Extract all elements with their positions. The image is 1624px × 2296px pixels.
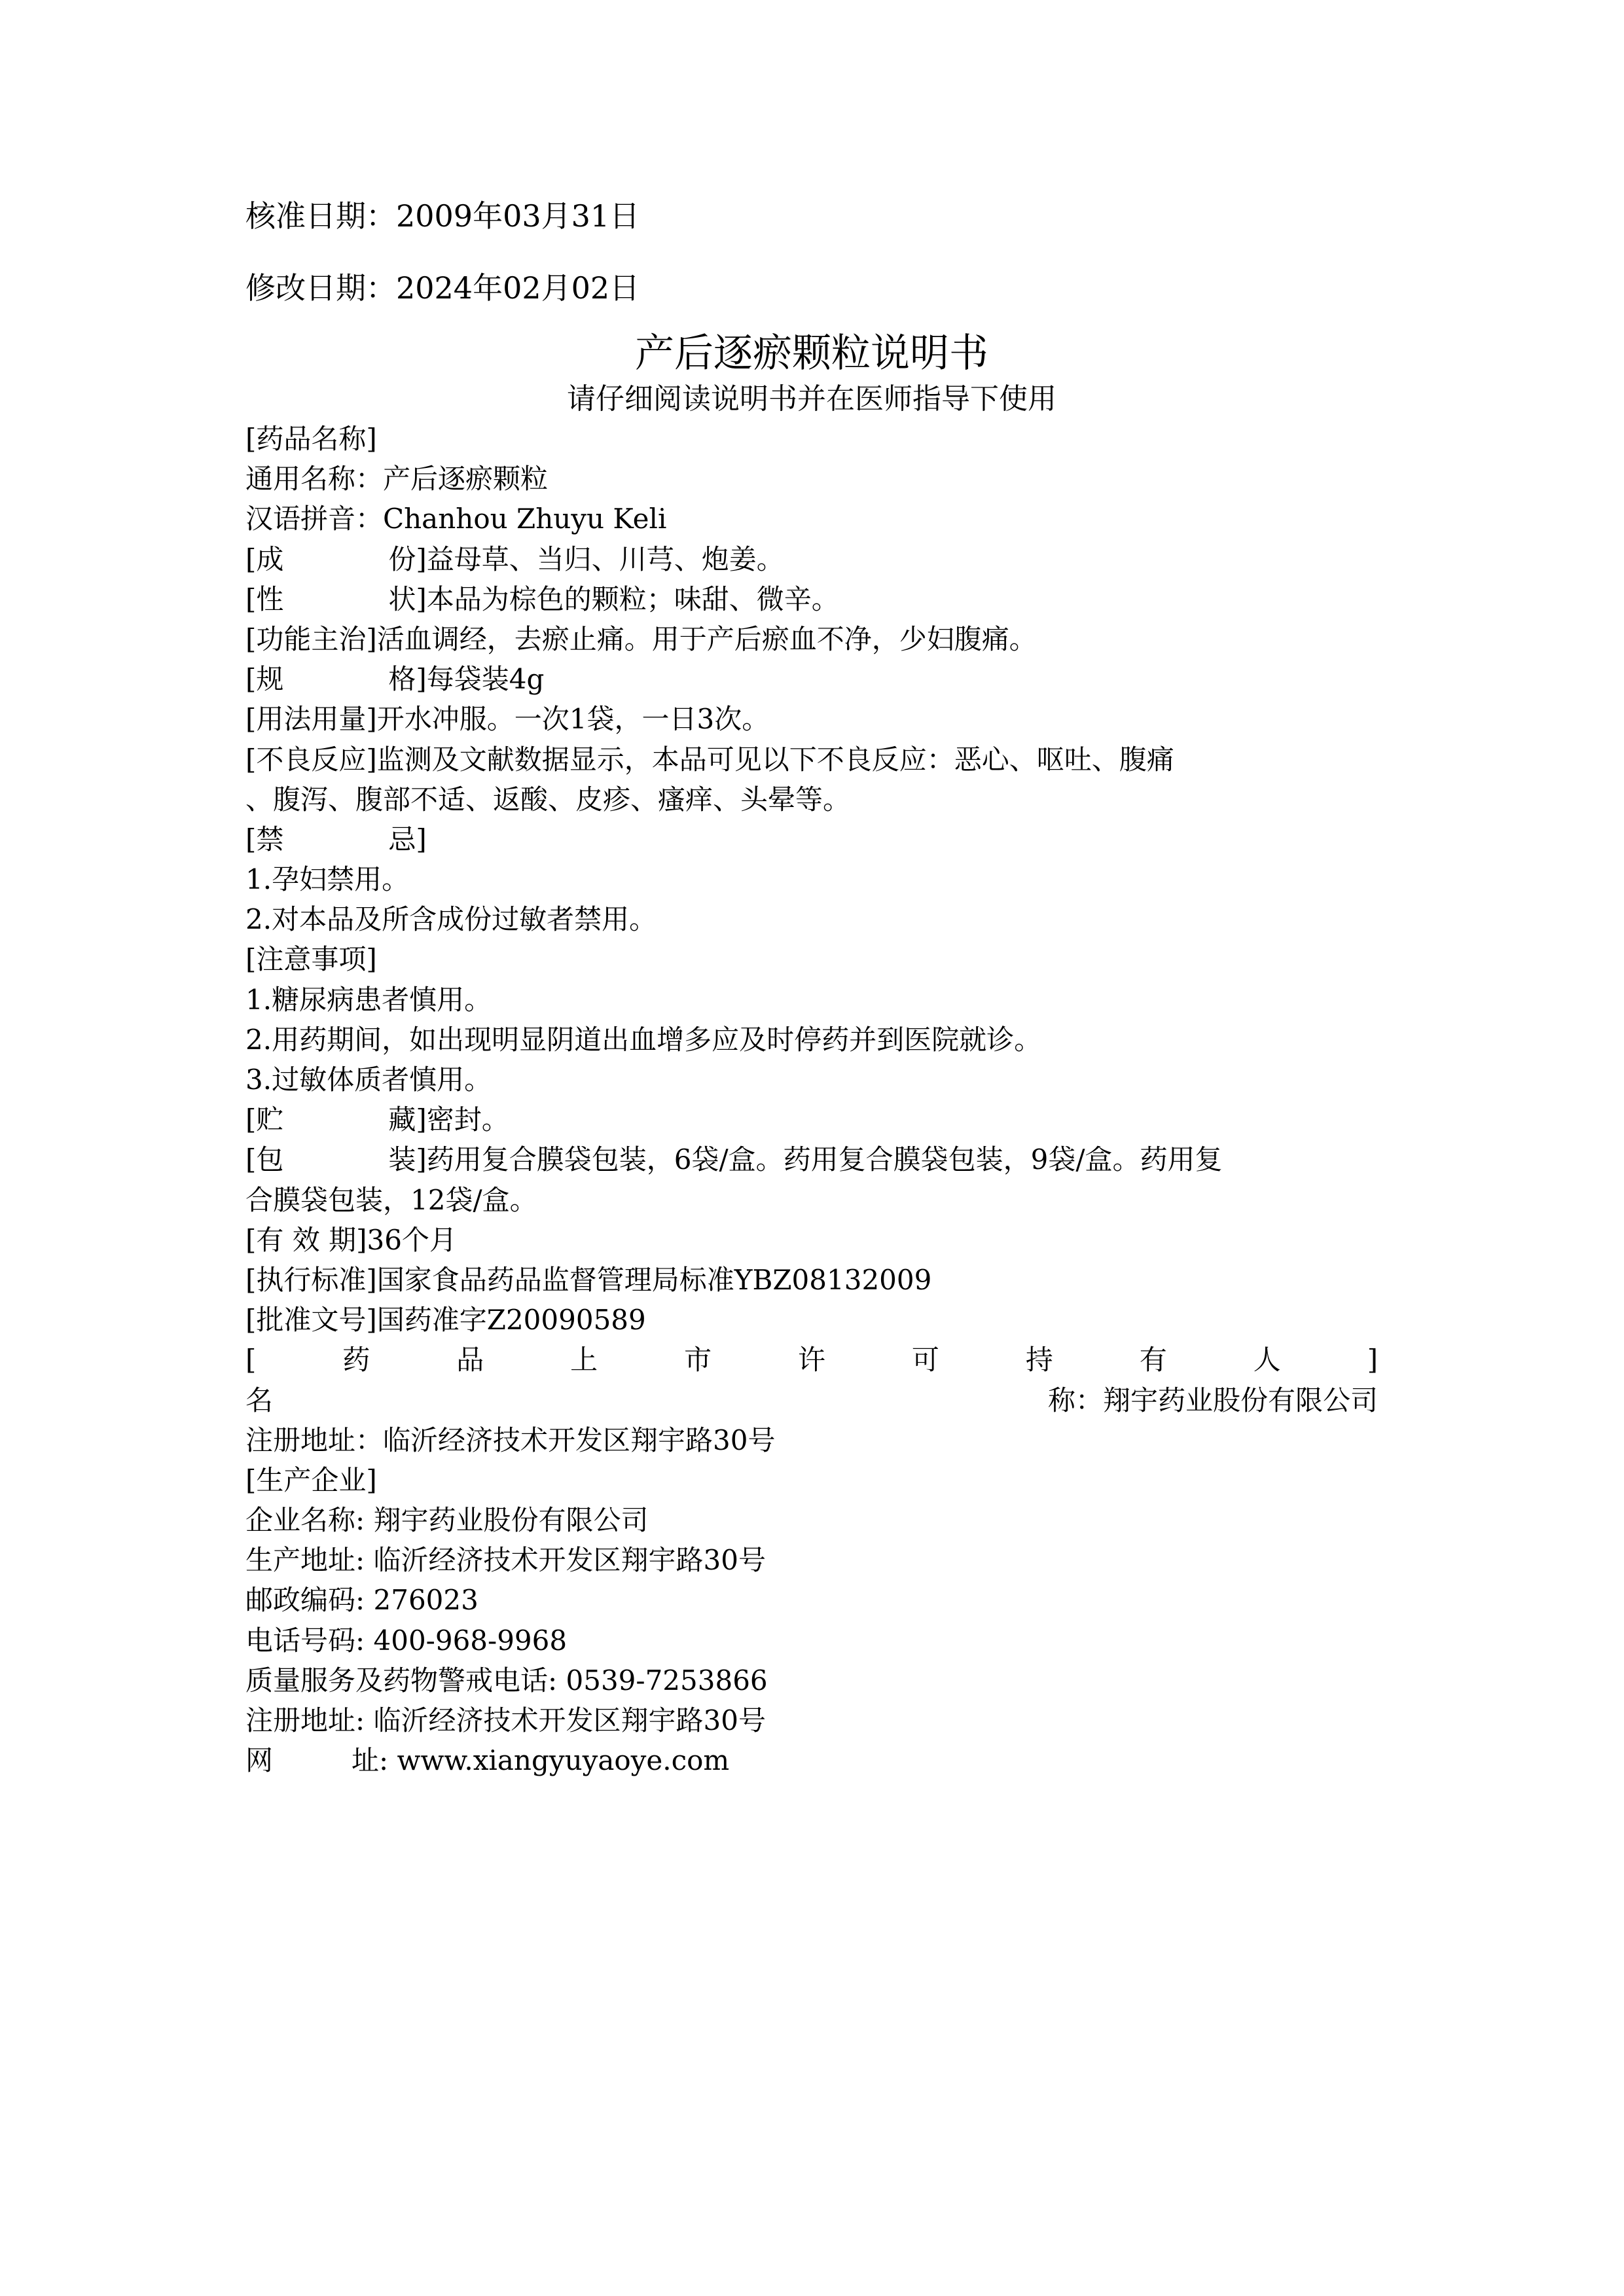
storage-label-close: 藏]	[388, 1103, 426, 1136]
mah-heading-char: 上	[570, 1340, 598, 1380]
mah-reg-address: 注册地址：临沂经济技术开发区翔宇路30号	[245, 1420, 1378, 1460]
dosage-row: [用法用量]开水冲服。一次1袋，一日3次。	[245, 699, 1378, 739]
mah-heading-char: 品	[456, 1340, 484, 1380]
storage-row: [贮藏]密封。	[245, 1100, 1378, 1139]
mah-name-right: 称：翔宇药业股份有限公司	[1048, 1380, 1378, 1420]
postal-code: 邮政编码: 276023	[245, 1580, 1378, 1620]
description-label-close: 状]	[388, 583, 426, 615]
validity-value: 36个月	[367, 1224, 456, 1256]
website-label-open: 网	[245, 1744, 273, 1776]
description-label-open: [性	[245, 583, 283, 615]
package-row-2: 合膜袋包装，12袋/盒。	[245, 1180, 1378, 1220]
package-value-1: 药用复合膜袋包装，6袋/盒。药用复合膜袋包装，9袋/盒。药用复	[427, 1143, 1223, 1175]
manufacturer-reg-address: 注册地址: 临沂经济技术开发区翔宇路30号	[245, 1700, 1378, 1740]
description-row: [性状]本品为棕色的颗粒；味甜、微辛。	[245, 579, 1378, 619]
website-label-close: 址:	[352, 1744, 397, 1776]
ingredients-row: [成份]益母草、当归、川芎、炮姜。	[245, 539, 1378, 579]
contraindication-item: 2.对本品及所含成份过敏者禁用。	[245, 899, 1378, 939]
website-row: 网址: www.xiangyuyaoye.com	[245, 1740, 1378, 1780]
mah-heading-char: 可	[912, 1340, 939, 1380]
standard-label: [执行标准]	[245, 1264, 377, 1296]
ingredients-value: 益母草、当归、川芎、炮姜。	[427, 543, 784, 575]
pv-phone-number: 质量服务及药物警戒电话: 0539-7253866	[245, 1660, 1378, 1700]
manufacturer-heading: [生产企业]	[245, 1460, 1378, 1500]
specification-label-open: [规	[245, 663, 283, 695]
standard-row: [执行标准]国家食品药品监督管理局标准YBZ08132009	[245, 1260, 1378, 1300]
storage-label-open: [贮	[245, 1103, 283, 1136]
mah-name-left: 名	[245, 1380, 273, 1420]
adverse-reactions-value-1: 监测及文献数据显示，本品可见以下不良反应：恶心、呕吐、腹痛	[377, 744, 1174, 776]
ingredients-label-close: 份]	[388, 543, 426, 575]
mah-heading-char: ]	[1367, 1340, 1378, 1380]
adverse-reactions-row: [不良反应]监测及文献数据显示，本品可见以下不良反应：恶心、呕吐、腹痛	[245, 740, 1378, 780]
contraindication-item: 1.孕妇禁用。	[245, 859, 1378, 899]
document-title: 产后逐瘀颗粒说明书	[245, 329, 1378, 378]
dosage-label: [用法用量]	[245, 703, 377, 735]
company-name: 企业名称: 翔宇药业股份有限公司	[245, 1500, 1378, 1540]
generic-name: 通用名称：产后逐瘀颗粒	[245, 459, 1378, 499]
drug-name-heading: [药品名称]	[245, 419, 1378, 459]
precaution-item: 3.过敏体质者慎用。	[245, 1060, 1378, 1100]
approval-date: 核准日期：2009年03月31日	[245, 196, 640, 236]
specification-value: 每袋装4g	[427, 663, 545, 695]
approval-number-label: [批准文号]	[245, 1304, 377, 1336]
precautions-heading: [注意事项]	[245, 939, 1378, 979]
mah-heading-char: 市	[684, 1340, 712, 1380]
ingredients-label-open: [成	[245, 543, 283, 575]
indications-row: [功能主治]活血调经，去瘀止痛。用于产后瘀血不净，少妇腹痛。	[245, 619, 1378, 659]
indications-value: 活血调经，去瘀止痛。用于产后瘀血不净，少妇腹痛。	[377, 623, 1037, 655]
mah-heading-char: 许	[798, 1340, 825, 1380]
precaution-item: 2.用药期间，如出现明显阴道出血增多应及时停药并到医院就诊。	[245, 1020, 1378, 1060]
package-label-open: [包	[245, 1143, 283, 1175]
document-body: [药品名称] 通用名称：产后逐瘀颗粒 汉语拼音：Chanhou Zhuyu Ke…	[245, 419, 1378, 1780]
validity-row: [有 效 期]36个月	[245, 1220, 1378, 1260]
description-value: 本品为棕色的颗粒；味甜、微辛。	[427, 583, 839, 615]
adverse-reactions-label: [不良反应]	[245, 744, 377, 776]
indications-label: [功能主治]	[245, 623, 377, 655]
document-subtitle: 请仔细阅读说明书并在医师指导下使用	[245, 380, 1378, 419]
dosage-value: 开水冲服。一次1袋，一日3次。	[377, 703, 769, 735]
phone-number: 电话号码: 400-968-9968	[245, 1621, 1378, 1660]
contraindications-label-close: 忌]	[388, 823, 426, 855]
mah-heading: [ 药 品 上 市 许 可 持 有 人 ]	[245, 1340, 1378, 1380]
precaution-item: 1.糖尿病患者慎用。	[245, 980, 1378, 1020]
specification-row: [规格]每袋装4g	[245, 659, 1378, 699]
mah-heading-char: 人	[1254, 1340, 1281, 1380]
production-address: 生产地址: 临沂经济技术开发区翔宇路30号	[245, 1540, 1378, 1580]
validity-label: [有 效 期]	[245, 1224, 367, 1256]
package-label-close: 装]	[388, 1143, 426, 1175]
contraindications-label-open: [禁	[245, 823, 283, 855]
package-row: [包装]药用复合膜袋包装，6袋/盒。药用复合膜袋包装，9袋/盒。药用复	[245, 1139, 1378, 1179]
approval-number-row: [批准文号]国药准字Z20090589	[245, 1300, 1378, 1340]
storage-value: 密封。	[427, 1103, 509, 1136]
mah-heading-char: 有	[1140, 1340, 1167, 1380]
mah-heading-char: 持	[1026, 1340, 1053, 1380]
adverse-reactions-row-2: 、腹泻、腹部不适、返酸、皮疹、瘙痒、头晕等。	[245, 780, 1378, 819]
website-link[interactable]: www.xiangyuyaoye.com	[397, 1744, 730, 1776]
approval-number-value: 国药准字Z20090589	[377, 1304, 646, 1336]
pinyin-name: 汉语拼音：Chanhou Zhuyu Keli	[245, 499, 1378, 539]
revision-date: 修改日期：2024年02月02日	[245, 268, 640, 308]
contraindications-heading: [禁忌]	[245, 819, 1378, 859]
mah-heading-char: [	[245, 1340, 256, 1380]
mah-heading-char: 药	[342, 1340, 370, 1380]
standard-value: 国家食品药品监督管理局标准YBZ08132009	[377, 1264, 932, 1296]
mah-name-row: 名 称：翔宇药业股份有限公司	[245, 1380, 1378, 1420]
specification-label-close: 格]	[388, 663, 426, 695]
